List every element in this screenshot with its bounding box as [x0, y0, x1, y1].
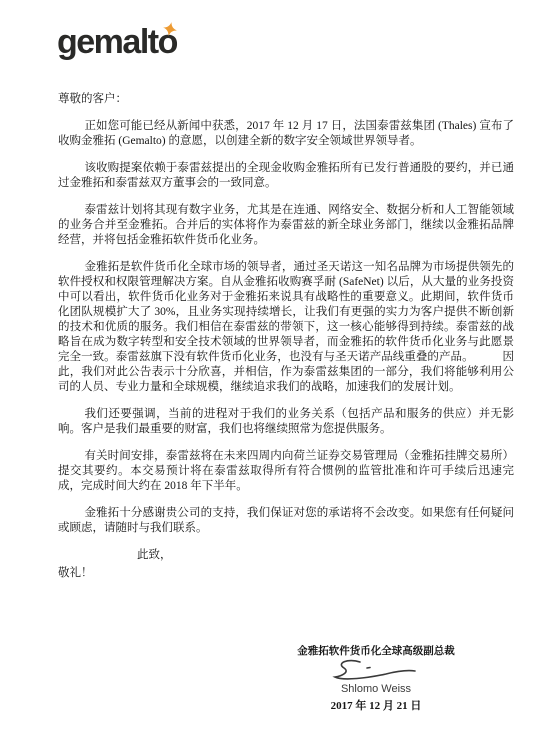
signer-name: Shlomo Weiss [290, 683, 462, 695]
gemalto-logo: gemalto [57, 22, 187, 66]
paragraph-thanks: 金雅拓十分感谢贵公司的支持，我们保证对您的承诺将不会改变。如果您有任何疑问或顾虑… [58, 506, 514, 536]
letter-body: 尊敬的客户： 正如您可能已经从新闻中获悉，2017 年 12 月 17 日，法国… [58, 92, 514, 581]
paragraph-software-monetization: 金雅拓是软件货币化全球市场的领导者，通过圣天诺这一知名品牌为市场提供领先的软件授… [58, 260, 514, 395]
handwritten-signature-image [330, 659, 422, 683]
paragraph-timeline: 有关时间安排，泰雷兹将在未来四周内向荷兰证券交易管理局（金雅拓挂牌交易所）提交其… [58, 449, 514, 494]
signature-stroke [335, 661, 415, 679]
signature-date: 2017 年 12 月 21 日 [290, 697, 462, 713]
salutation: 尊敬的客户： [58, 92, 514, 107]
paragraph-merger-plan: 泰雷兹计划将其现有数字业务，尤其是在连通、网络安全、数据分析和人工智能领域的业务… [58, 203, 514, 248]
sparkle-icon-shape [162, 21, 179, 38]
letter-page: gemalto 尊敬的客户： 正如您可能已经从新闻中获悉，2017 年 12 月… [0, 0, 559, 742]
gemalto-wordmark: gemalto [57, 23, 177, 61]
sparkle-icon [162, 21, 179, 38]
paragraph-offer-terms: 该收购提案依赖于泰雷兹提出的全现金收购金雅拓所有已发行普通股的要约，并已通过金雅… [58, 161, 514, 191]
closing-salute: 敬礼！ [58, 566, 514, 581]
signature-dot [367, 668, 370, 669]
signer-title: 金雅拓软件货币化全球高级副总裁 [290, 643, 462, 658]
signature-block: 金雅拓软件货币化全球高级副总裁 Shlomo Weiss 2017 年 12 月… [290, 643, 462, 713]
paragraph-announcement: 正如您可能已经从新闻中获悉，2017 年 12 月 17 日，法国泰雷兹集团 (… [58, 119, 514, 149]
closing-regards: 此致， [58, 548, 514, 563]
paragraph-business-relations: 我们还要强调，当前的进程对于我们的业务关系（包括产品和服务的供应）并无影响。客户… [58, 407, 514, 437]
